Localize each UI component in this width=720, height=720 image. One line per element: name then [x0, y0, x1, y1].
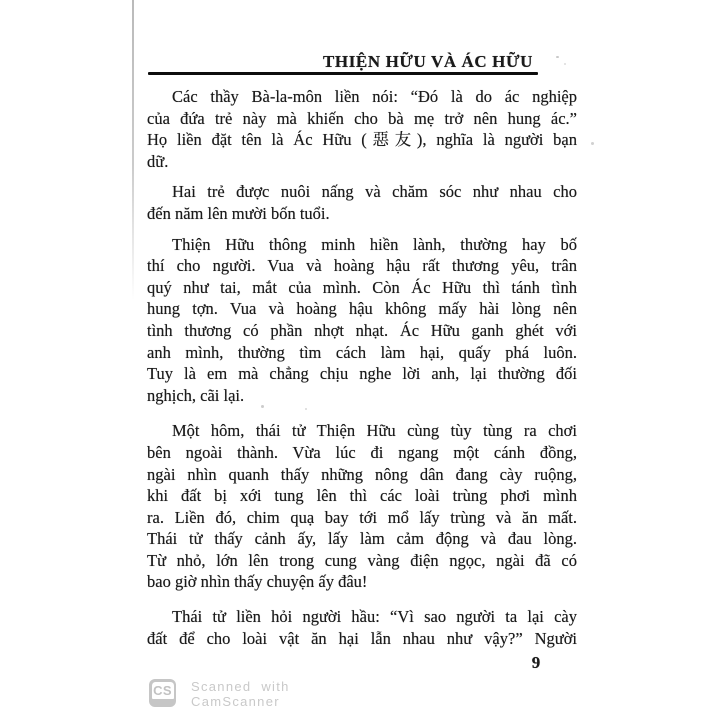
text-line: hung tợn. Vua và hoàng hậu không mấy hài… — [147, 298, 577, 320]
watermark-line2: CamScanner — [191, 694, 290, 709]
text-line: nghịch, cãi lại. — [147, 385, 577, 407]
text-line: của đứa trẻ này mà khiến cho bà mẹ trở n… — [147, 108, 577, 130]
paragraph: Hai trẻ được nuôi nấng và chăm sóc như n… — [147, 181, 577, 224]
text-line: ra. Liền đó, chim quạ bay tới mổ lấy trù… — [147, 507, 577, 529]
text-line: tình thương có phần nhợt nhạt. Ác Hữu ga… — [147, 320, 577, 342]
text-line: đến năm lên mười bốn tuổi. — [147, 203, 577, 225]
camscanner-logo-letters: CS — [152, 682, 174, 699]
title-rule — [148, 72, 538, 76]
watermark-line1: Scanned with — [191, 679, 290, 694]
paragraph: Thái tử liền hỏi người hầu: “Vì sao ngườ… — [147, 606, 577, 649]
text-line: Họ liền đặt tên là Ác Hữu (惡友), nghĩa là… — [147, 129, 577, 151]
text-line: đất để cho loài vật ăn hại lẫn nhau như … — [147, 628, 577, 650]
scan-edge-line — [132, 0, 134, 300]
text-line: Tuy là em mà chẳng chịu nghe lời anh, lạ… — [147, 363, 577, 385]
text-line: Thiện Hữu thông minh hiền lành, thường h… — [147, 234, 577, 256]
text-line: dữ. — [147, 151, 577, 173]
scanned-book-page: THIỆN HỮU VÀ ÁC HỮU Các thầy Bà-la-môn l… — [0, 0, 720, 720]
text-line: khi đất bị xới tung lên thì các loài trù… — [147, 485, 577, 507]
text-line: Một hôm, thái tử Thiện Hữu cùng tùy tùng… — [147, 420, 577, 442]
text-line: Các thầy Bà-la-môn liền nói: “Đó là do á… — [147, 86, 577, 108]
camscanner-logo-icon: CS — [149, 679, 176, 707]
text-line: Thái tử liền hỏi người hầu: “Vì sao ngườ… — [147, 606, 577, 628]
scan-speck — [556, 56, 559, 58]
text-line: Từ nhỏ, lớn lên trong cung vàng điện ngọ… — [147, 550, 577, 572]
text-line: Thái tử thấy cảnh ấy, lấy làm cảm động v… — [147, 528, 577, 550]
text-line: ngài nhìn quanh thấy những nông dân đang… — [147, 464, 577, 486]
scan-speck — [564, 63, 566, 65]
chapter-title: THIỆN HỮU VÀ ÁC HỮU — [148, 52, 533, 72]
text-line: quý như tai, mắt của mình. Còn Ác Hữu th… — [147, 277, 577, 299]
paragraph: Thiện Hữu thông minh hiền lành, thường h… — [147, 234, 577, 407]
camscanner-watermark: CS Scanned with CamScanner — [149, 679, 290, 709]
text-column: Các thầy Bà-la-môn liền nói: “Đó là do á… — [147, 86, 577, 649]
page-number: 9 — [526, 653, 546, 673]
scan-speck — [261, 405, 264, 408]
watermark-text: Scanned with CamScanner — [191, 679, 290, 709]
text-line: thí cho người. Vua và hoàng hậu rất thươ… — [147, 255, 577, 277]
scan-speck — [591, 142, 594, 145]
scan-speck — [305, 408, 307, 410]
text-line: bên ngoài thành. Vừa lúc đi ngang một cá… — [147, 442, 577, 464]
text-line: bao giờ nhìn thấy chuyện ấy đâu! — [147, 571, 577, 593]
text-line: Hai trẻ được nuôi nấng và chăm sóc như n… — [147, 181, 577, 203]
text-line: anh mình, thường tìm cách làm hại, quấy … — [147, 342, 577, 364]
paragraph: Các thầy Bà-la-môn liền nói: “Đó là do á… — [147, 86, 577, 172]
paragraph: Một hôm, thái tử Thiện Hữu cùng tùy tùng… — [147, 420, 577, 593]
